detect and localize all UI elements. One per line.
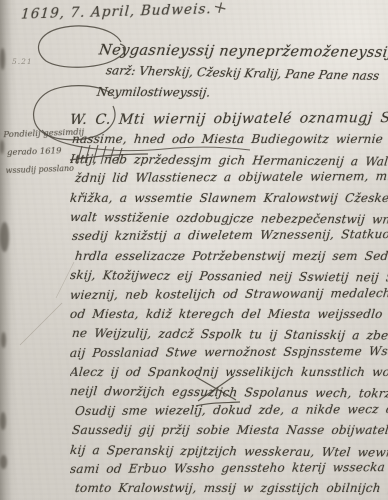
- ink-blotch: [0, 222, 9, 252]
- salutation-block: Neygasnieyssij neynepržemoženeyssij Kniž…: [99, 41, 388, 102]
- body-line: ždnij lid Wlasstienecz a obijwatele wier…: [74, 167, 388, 188]
- margin-scratch: [20, 303, 62, 345]
- body-line: Alecz ij od Spankodnij wsselikijch kunss…: [70, 363, 388, 382]
- manuscript-page: 1619, 7. April, Budweis. + 5.21 Neygasni…: [0, 0, 388, 500]
- margin-note-line: Pondielij gessimdij: [3, 125, 72, 145]
- body-line: ssedij kznižstij a diweletem Wznessenij,…: [71, 225, 388, 246]
- ink-blotch: [0, 48, 5, 70]
- ink-blotch: [1, 332, 6, 348]
- ink-blotch: [0, 412, 6, 430]
- body-line: W. C. Mti wiernij obijwatelé oznamugj Sp…: [70, 111, 388, 130]
- body-line: hrdla esselizacze Potržebenstwij mezij s…: [74, 247, 388, 266]
- margin-note: Pondielij gessimdij gerado 1619 wssudij …: [3, 125, 73, 180]
- body-text: W. C. Mti wiernij obijwatelé oznamugj Sp…: [70, 111, 388, 499]
- body-line: křižka, a wssemtie Slawnem Kralowstwij C…: [70, 189, 388, 208]
- ink-blotch: [0, 455, 7, 469]
- body-line: tomto Kralowstwij, mssij w zgisstijch ob…: [74, 479, 388, 498]
- body-line: sami od Erbuo Wssho genssteho kterij wss…: [70, 458, 388, 479]
- archive-number: 5.21: [12, 57, 33, 66]
- salutation-line: Neymilostiweyssij.: [96, 83, 388, 104]
- date-annotation: 1619, 7. April, Budweis.: [20, 1, 212, 22]
- body-line: Osudij sme wiezelij, dokud zde, a nikde …: [74, 400, 388, 421]
- body-line: Saussedij gij pržij sobie Miesta Nasse o…: [71, 421, 388, 440]
- body-line: od Miesta, kdiž kteregch del Miesta weij…: [70, 305, 388, 324]
- body-line: wieznij, neb kostelijch od Strawowanij m…: [70, 284, 388, 305]
- margin-note-line: wssudij posslano: [5, 160, 73, 180]
- cross-mark-icon: +: [211, 0, 230, 19]
- body-line: nassime, hned odo Miesta Budiegowitz wie…: [71, 130, 388, 149]
- body-line: aij Posslaniad Stwe wernožnost Sspjnsste…: [70, 342, 388, 363]
- margin-note-line: gerado 1619: [7, 142, 73, 162]
